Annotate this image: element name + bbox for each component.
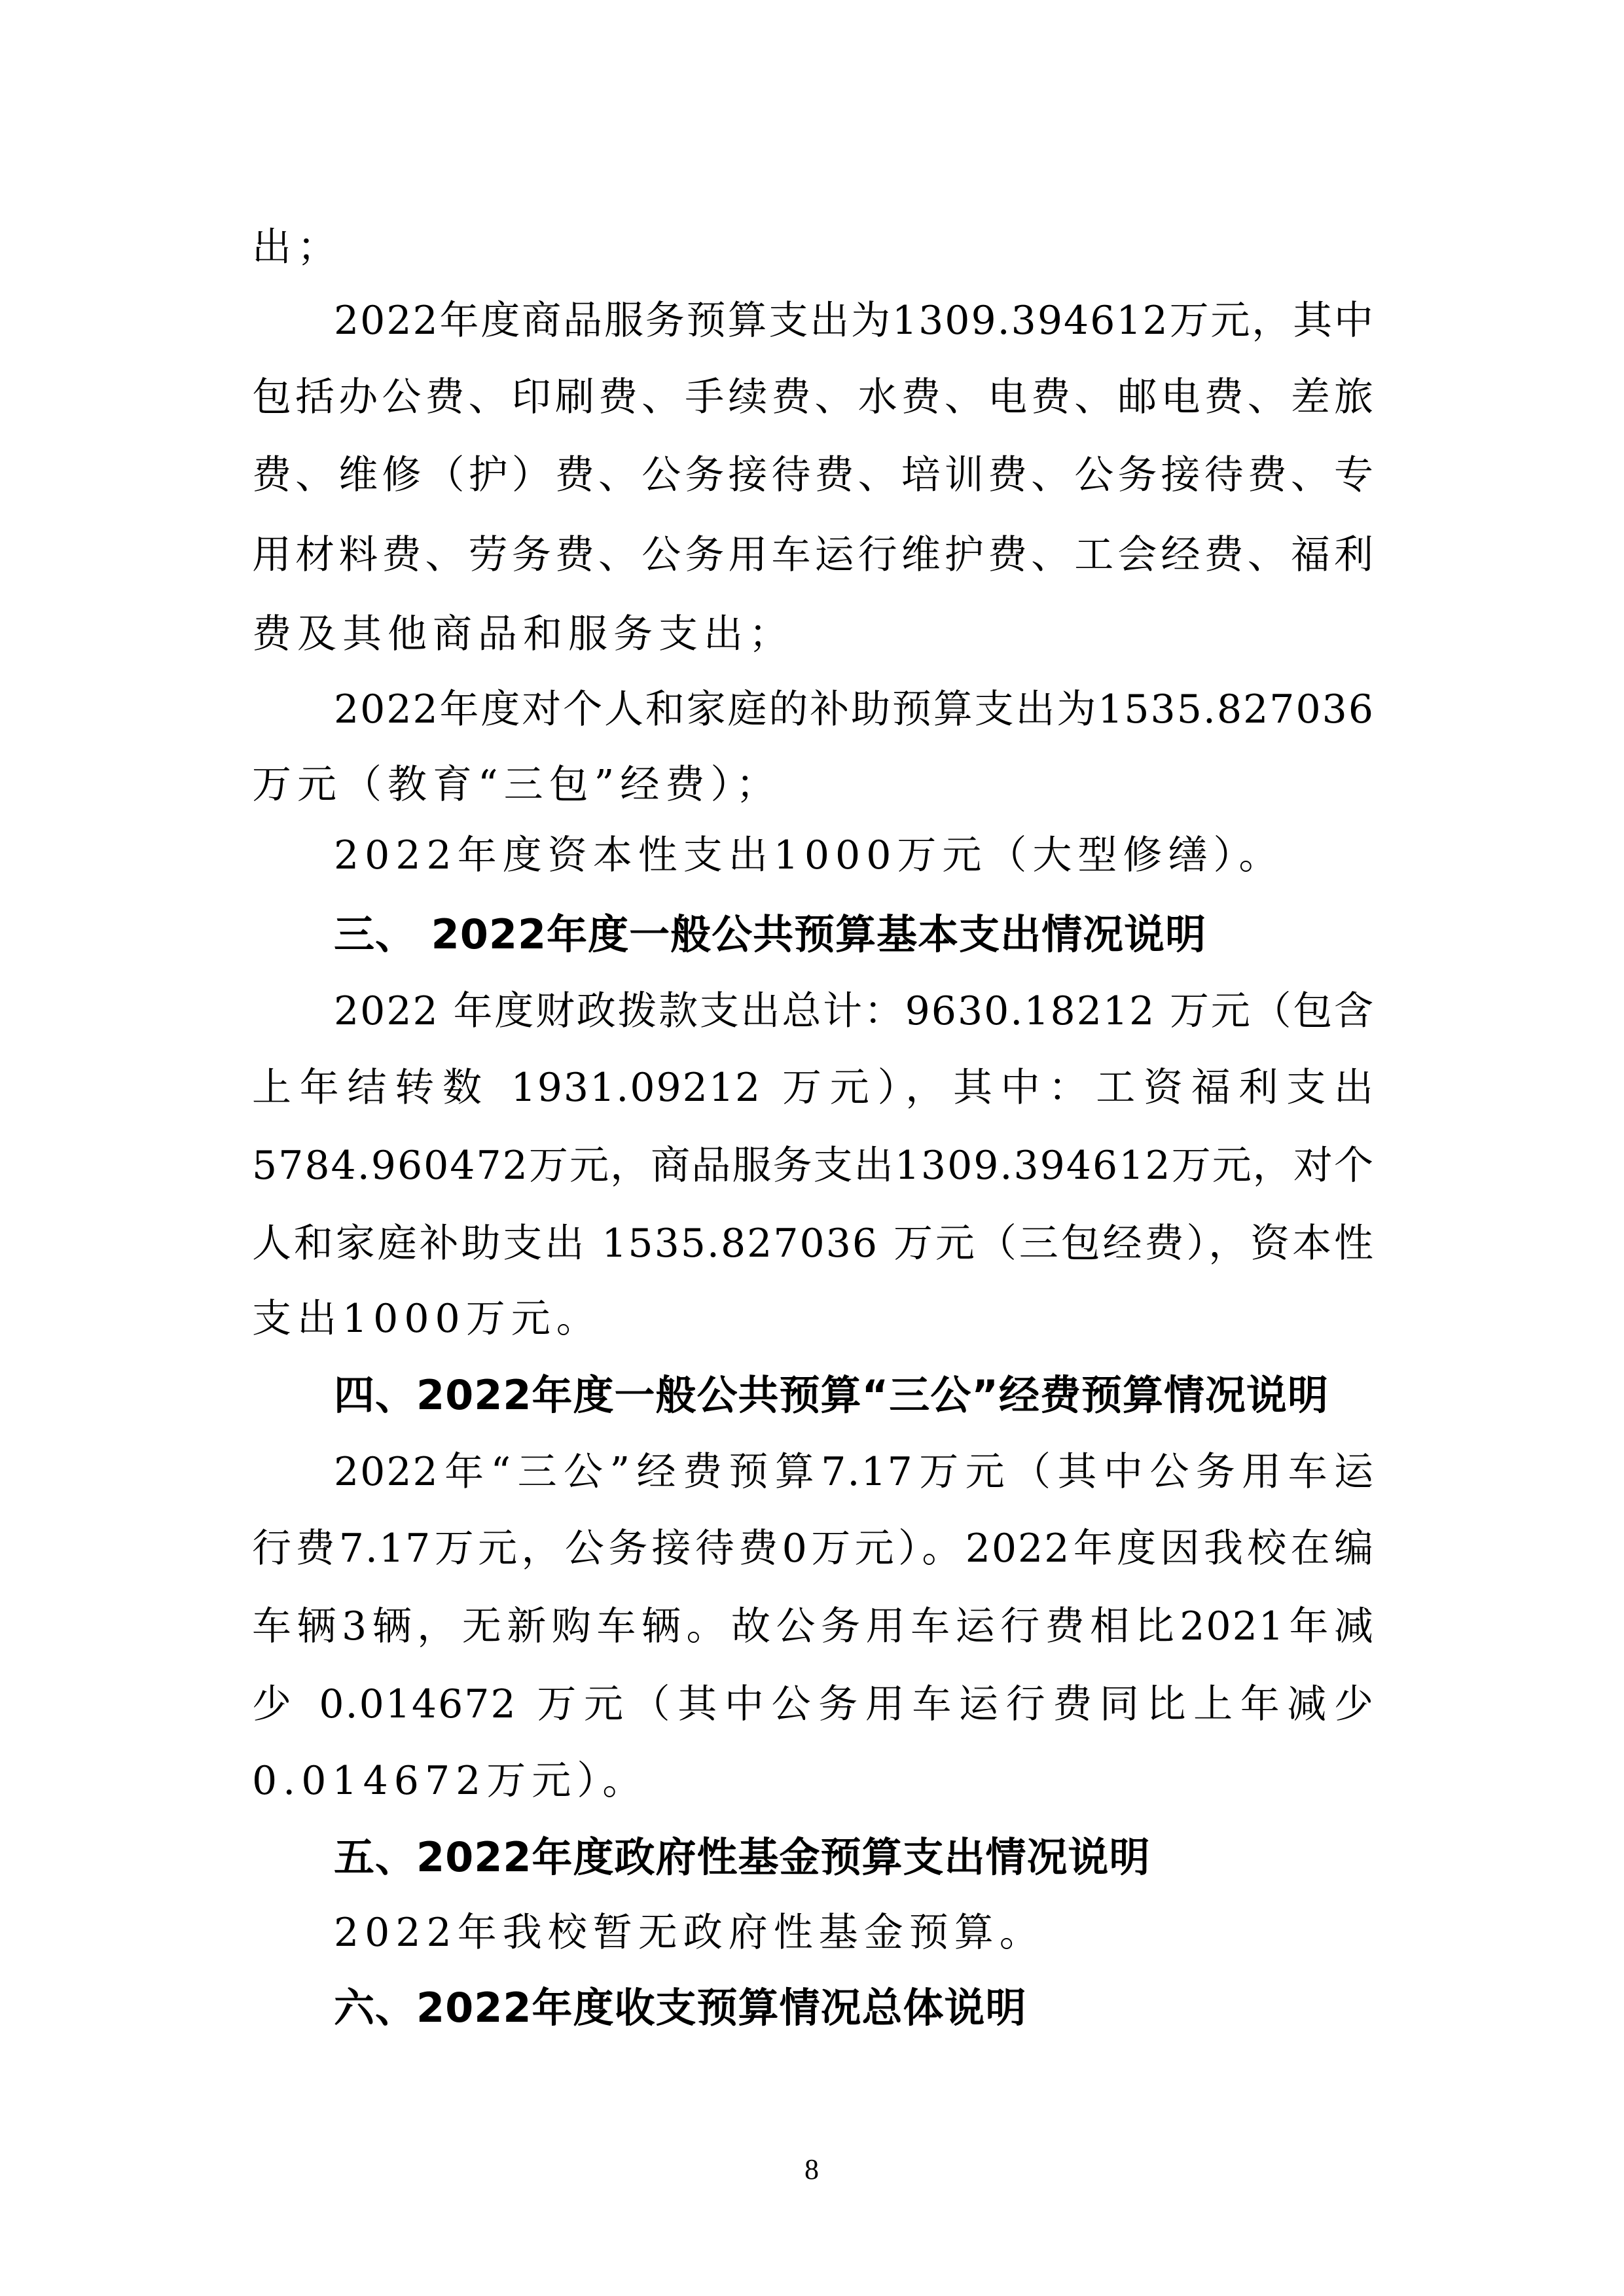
paragraph-line: 2022年度商品服务预算支出为1309.394612万元，其中: [334, 288, 1375, 353]
paragraph-line: 费、维修（护）费、公务接待费、培训费、公务接待费、专: [252, 442, 1375, 508]
paragraph-line: 包括办公费、印刷费、手续费、水费、电费、邮电费、差旅: [252, 365, 1375, 430]
paragraph-line: 用材料费、劳务费、公务用车运行维护费、工会经费、福利: [252, 522, 1375, 588]
paragraph-line: 万元（教育“三包”经费）；: [252, 752, 1375, 817]
paragraph-line: 5784.960472万元，商品服务支出1309.394612万元，对个: [252, 1133, 1375, 1198]
paragraph-line: 出；: [252, 215, 1375, 280]
page-number: 8: [779, 2147, 844, 2193]
section-heading-5: 五、2022年度政府性基金预算支出情况说明: [334, 1825, 1375, 1890]
paragraph-line: 支出1000万元。: [252, 1286, 1375, 1352]
paragraph-line: 2022年“三公”经费预算7.17万元（其中公务用车运: [334, 1439, 1375, 1505]
paragraph-line: 少 0.014672 万元（其中公务用车运行费同比上年减少: [252, 1672, 1375, 1737]
paragraph-line: 人和家庭补助支出 1535.827036 万元（三包经费），资本性: [252, 1211, 1375, 1276]
paragraph-line: 费及其他商品和服务支出；: [252, 601, 1375, 667]
paragraph-line: 2022年度资本性支出1000万元（大型修缮）。: [334, 823, 1375, 888]
paragraph-line: 0.014672万元）。: [252, 1748, 1375, 1814]
section-heading-6: 六、2022年度收支预算情况总体说明: [334, 1975, 1375, 2041]
paragraph-line: 上年结转数 1931.09212 万元），其中：工资福利支出: [252, 1055, 1375, 1121]
paragraph-line: 2022年度对个人和家庭的补助预算支出为1535.827036: [334, 677, 1375, 742]
paragraph-line: 2022 年度财政拨款支出总计：9630.18212 万元（包含: [334, 978, 1375, 1044]
document-page: 出； 2022年度商品服务预算支出为1309.394612万元，其中 包括办公费…: [0, 0, 1624, 2296]
section-heading-3: 三、 2022年度一般公共预算基本支出情况说明: [334, 902, 1375, 967]
paragraph-line: 行费7.17万元，公务接待费0万元）。2022年度因我校在编: [252, 1516, 1375, 1581]
paragraph-line: 2022年我校暂无政府性基金预算。: [334, 1900, 1375, 1965]
paragraph-line: 车辆3辆，无新购车辆。故公务用车运行费相比2021年减: [252, 1594, 1375, 1659]
section-heading-4: 四、2022年度一般公共预算“三公”经费预算情况说明: [334, 1363, 1375, 1428]
